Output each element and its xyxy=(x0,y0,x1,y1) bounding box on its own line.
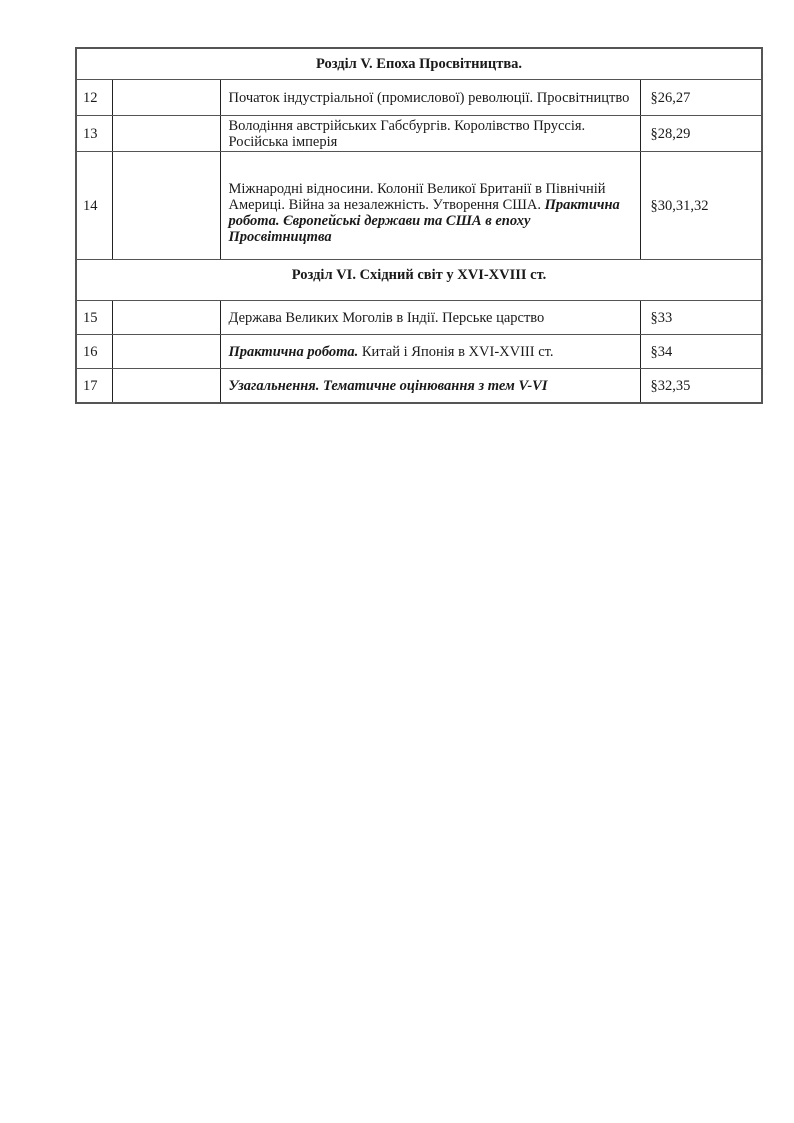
section-header-row: Розділ V. Епоха Просвітництва. xyxy=(76,48,762,80)
lesson-topic: Держава Великих Моголів в Індії. Перське… xyxy=(220,301,640,335)
table-row: 12 Початок індустріальної (промислової) … xyxy=(76,80,762,116)
topic-text: Держава Великих Моголів в Індії. Перське… xyxy=(229,310,545,326)
lesson-number: 12 xyxy=(76,80,112,116)
lesson-reference: §26,27 xyxy=(640,80,762,116)
lesson-number: 16 xyxy=(76,335,112,369)
lesson-date xyxy=(112,152,220,260)
lesson-topic: Володіння австрійських Габсбургів. Корол… xyxy=(220,116,640,152)
section-title: Розділ V. Епоха Просвітництва. xyxy=(76,48,762,80)
lesson-reference: §33 xyxy=(640,301,762,335)
topic-text: Китай і Японія в XVI-XVIII ст. xyxy=(358,344,553,360)
lesson-number: 13 xyxy=(76,116,112,152)
lesson-number: 15 xyxy=(76,301,112,335)
lesson-reference: §30,31,32 xyxy=(640,152,762,260)
lesson-topic: Практична робота. Китай і Японія в XVI-X… xyxy=(220,335,640,369)
section-title: Розділ VI. Східний світ у XVI-XVIII ст. xyxy=(76,260,762,301)
topic-text: Володіння австрійських Габсбургів. Корол… xyxy=(229,118,586,150)
section-header-row: Розділ VI. Східний світ у XVI-XVIII ст. xyxy=(76,260,762,301)
emphasized-text: Узагальнення. Тематичне оцінювання з тем… xyxy=(229,378,548,394)
lesson-reference: §34 xyxy=(640,335,762,369)
lesson-topic: Узагальнення. Тематичне оцінювання з тем… xyxy=(220,369,640,404)
table-row: 16 Практична робота. Китай і Японія в XV… xyxy=(76,335,762,369)
lesson-plan-table: Розділ V. Епоха Просвітництва. 12 Почато… xyxy=(75,47,763,404)
emphasized-text: Практична робота. xyxy=(229,344,359,360)
lesson-number: 14 xyxy=(76,152,112,260)
lesson-topic: Міжнародні відносини. Колонії Великої Бр… xyxy=(220,152,640,260)
lesson-number: 17 xyxy=(76,369,112,404)
lesson-reference: §32,35 xyxy=(640,369,762,404)
lesson-date xyxy=(112,301,220,335)
lesson-topic: Початок індустріальної (промислової) рев… xyxy=(220,80,640,116)
lesson-date xyxy=(112,335,220,369)
table-row: 14 Міжнародні відносини. Колонії Великої… xyxy=(76,152,762,260)
table-row: 15 Держава Великих Моголів в Індії. Перс… xyxy=(76,301,762,335)
lesson-date xyxy=(112,116,220,152)
table-row: 13 Володіння австрійських Габсбургів. Ко… xyxy=(76,116,762,152)
topic-text: Початок індустріальної (промислової) рев… xyxy=(229,90,630,106)
lesson-date xyxy=(112,80,220,116)
lesson-reference: §28,29 xyxy=(640,116,762,152)
table-row: 17 Узагальнення. Тематичне оцінювання з … xyxy=(76,369,762,404)
lesson-date xyxy=(112,369,220,404)
